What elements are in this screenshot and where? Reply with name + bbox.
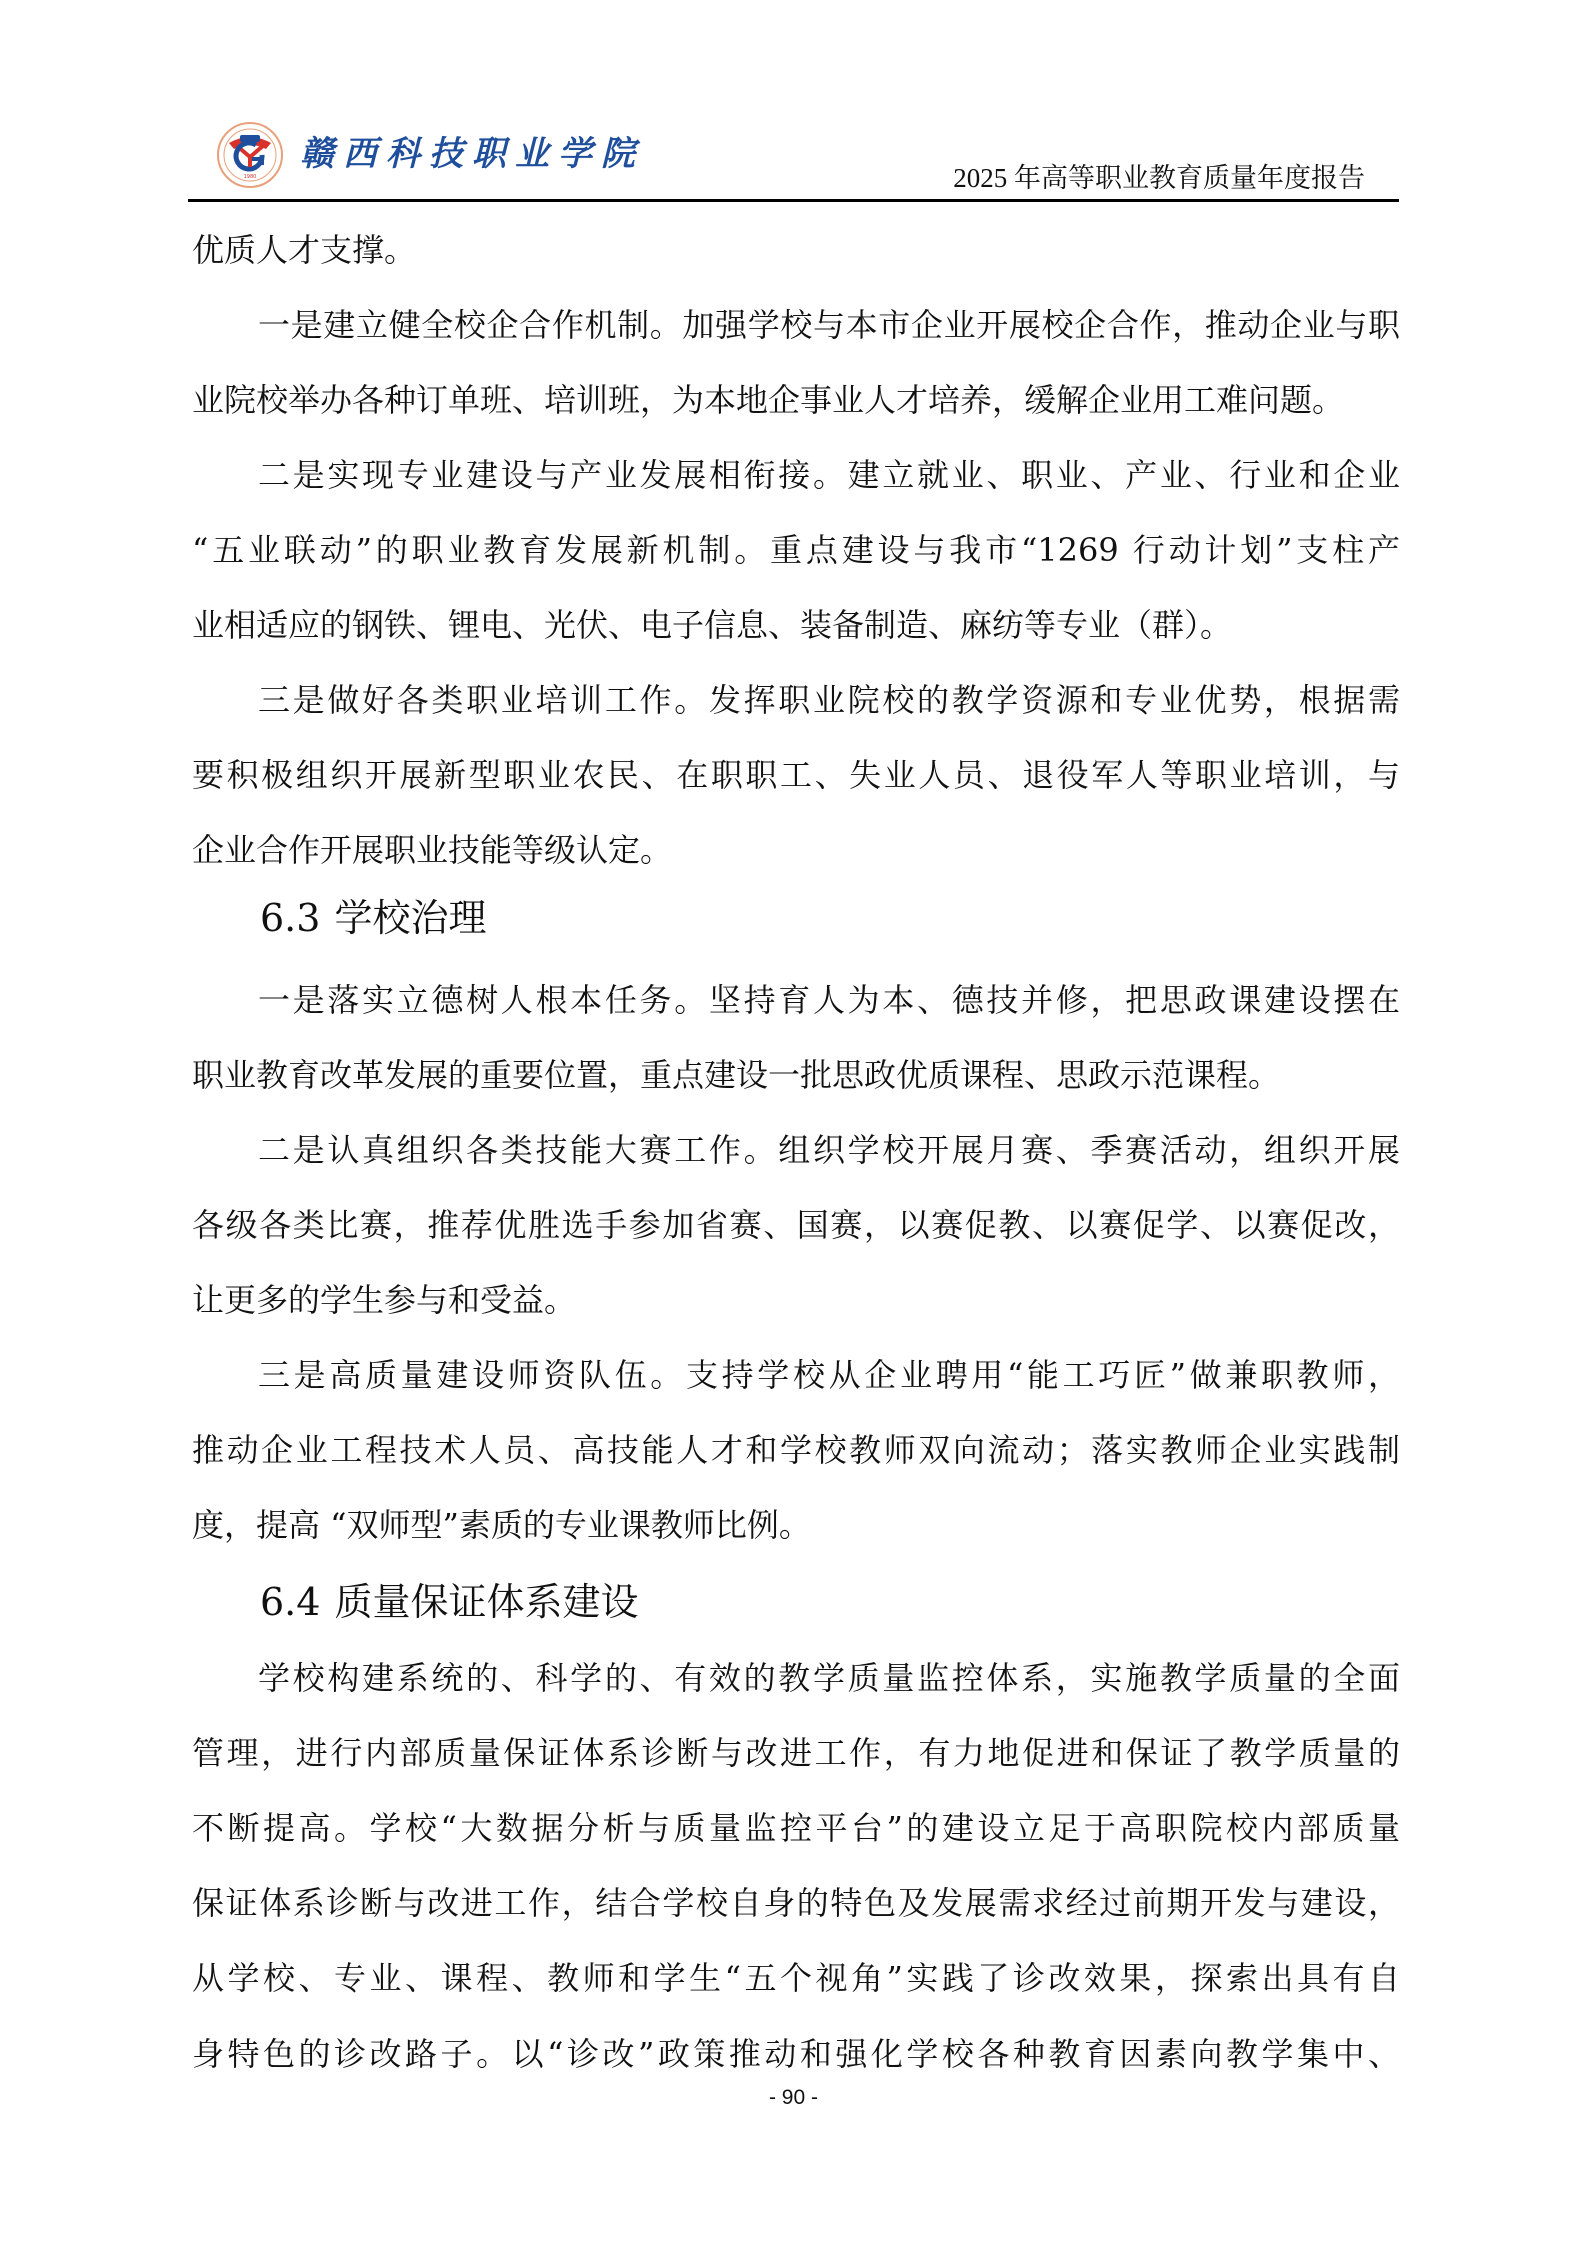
paragraph-line: 职业教育改革发展的重要位置，重点建设一批思政优质课程、思政示范课程。 (192, 1053, 1400, 1097)
section-heading-6-4: 6.4质量保证体系建设 (260, 1578, 638, 1626)
paragraph-line: 企业合作开展职业技能等级认定。 (192, 828, 1400, 872)
paragraph-line: 从学校、专业、课程、教师和学生“五个视角”实践了诊改效果，探索出具有自 (192, 1956, 1400, 2000)
paragraph-line: 优质人才支撑。 (192, 228, 1400, 272)
paragraph-line: 三是高质量建设师资队伍。支持学校从企业聘用“能工巧匠”做兼职教师， (258, 1353, 1400, 1397)
header-divider (188, 199, 1399, 202)
document-page: 1980 赣西科技职业学院 2025 年高等职业教育质量年度报告 优质人才支撑。… (0, 0, 1587, 2245)
paragraph-line: 二是认真组织各类技能大赛工作。组织学校开展月赛、季赛活动，组织开展 (258, 1128, 1400, 1172)
section-number: 6.4 (260, 1580, 320, 1624)
section-title: 质量保证体系建设 (334, 1580, 638, 1624)
paragraph-line: “五业联动”的职业教育发展新机制。重点建设与我市“1269 行动计划”支柱产 (192, 528, 1400, 572)
paragraph-line: 推动企业工程技术人员、高技能人才和学校教师双向流动；落实教师企业实践制 (192, 1428, 1400, 1472)
page-number: - 90 - (0, 2086, 1587, 2110)
paragraph-line: 要积极组织开展新型职业农民、在职职工、失业人员、退役军人等职业培训，与 (192, 753, 1400, 797)
paragraph-line: 各级各类比赛，推荐优胜选手参加省赛、国赛，以赛促教、以赛促学、以赛促改， (192, 1203, 1400, 1247)
college-name: 赣西科技职业学院 (300, 132, 644, 176)
paragraph-line: 一是建立健全校企合作机制。加强学校与本市企业开展校企合作，推动企业与职 (258, 303, 1400, 347)
paragraph-line: 学校构建系统的、科学的、有效的教学质量监控体系，实施教学质量的全面 (258, 1656, 1400, 1700)
svg-text:1980: 1980 (244, 174, 257, 180)
paragraph-line: 一是落实立德树人根本任务。坚持育人为本、德技并修，把思政课建设摆在 (258, 978, 1400, 1022)
report-title: 2025 年高等职业教育质量年度报告 (953, 162, 1365, 194)
paragraph-line: 让更多的学生参与和受益。 (192, 1278, 1400, 1322)
college-logo-icon: 1980 (216, 121, 284, 189)
paragraph-line: 三是做好各类职业培训工作。发挥职业院校的教学资源和专业优势，根据需 (258, 678, 1400, 722)
section-title: 学校治理 (334, 896, 486, 940)
paragraph-line: 业相适应的钢铁、锂电、光伏、电子信息、装备制造、麻纺等专业（群）。 (192, 603, 1400, 647)
paragraph-line: 度，提高 “双师型”素质的专业课教师比例。 (192, 1503, 1400, 1547)
paragraph-line: 保证体系诊断与改进工作，结合学校自身的特色及发展需求经过前期开发与建设， (192, 1881, 1400, 1925)
paragraph-line: 业院校举办各种订单班、培训班，为本地企事业人才培养，缓解企业用工难问题。 (192, 378, 1400, 422)
paragraph-line: 身特色的诊改路子。以“诊改”政策推动和强化学校各种教育因素向教学集中、 (192, 2032, 1400, 2076)
section-heading-6-3: 6.3学校治理 (260, 894, 486, 942)
paragraph-line: 二是实现专业建设与产业发展相衔接。建立就业、职业、产业、行业和企业 (258, 453, 1400, 497)
paragraph-line: 管理，进行内部质量保证体系诊断与改进工作，有力地促进和保证了教学质量的 (192, 1731, 1400, 1775)
section-number: 6.3 (260, 896, 320, 940)
paragraph-line: 不断提高。学校“大数据分析与质量监控平台”的建设立足于高职院校内部质量 (192, 1806, 1400, 1850)
